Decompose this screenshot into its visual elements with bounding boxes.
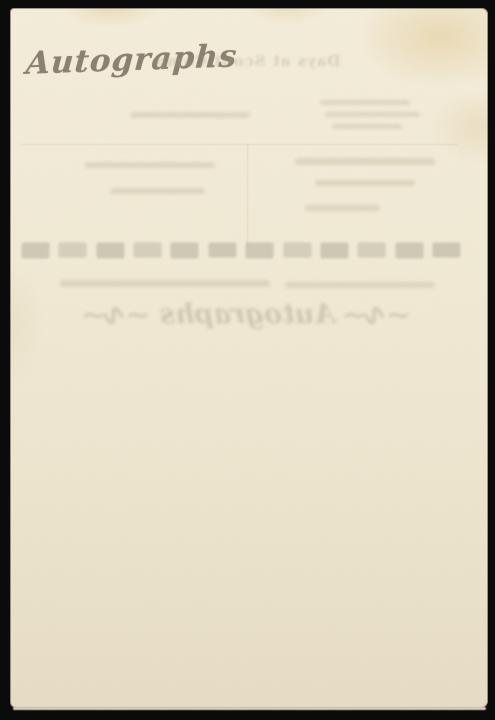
ghost-text-smudge (315, 180, 415, 186)
ghost-text-smudge (130, 112, 250, 118)
ghost-text-smudge (60, 280, 270, 287)
ghost-text-smudge (325, 112, 420, 117)
ghost-text-smudge (85, 162, 215, 168)
ghost-text-smudge (305, 205, 380, 211)
ghost-text-smudge (320, 100, 410, 105)
ghost-text-smudge (332, 124, 402, 129)
ghost-text-smudge (295, 158, 435, 165)
page-title: Autographs (25, 38, 239, 81)
ghost-text-smudge (285, 282, 435, 288)
scanned-page: Autographs Days at Scout Camp ∽∿∽ Autogr… (0, 0, 495, 720)
page-stack-edge (13, 707, 486, 710)
ghost-text-smudge (110, 188, 205, 194)
